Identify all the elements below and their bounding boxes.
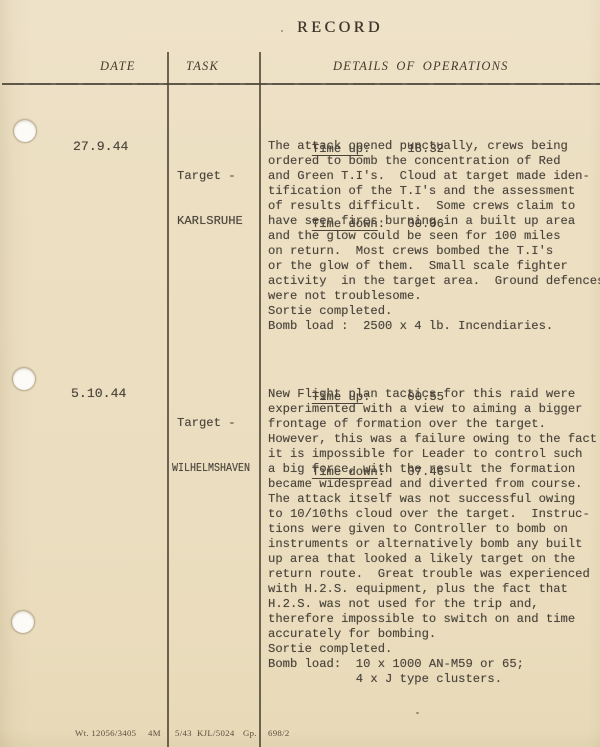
column-header-date: DATE <box>100 59 136 74</box>
footer-printer-code: KJL/5024 <box>197 728 235 738</box>
text-line: ordered to bomb the concentration of Red <box>268 154 600 169</box>
text-line: Sortie completed. <box>268 304 600 319</box>
text-line: activity in the target area. Ground defe… <box>268 274 600 289</box>
text-line: tions were given to Controller to bomb o… <box>268 522 597 537</box>
footer-form-number: 698/2 <box>268 728 290 738</box>
text-line: Sortie completed. <box>268 642 597 657</box>
text-line: of results difficult. Some crews claim t… <box>268 199 600 214</box>
text-line: and the glow could be seen for 100 miles <box>268 229 600 244</box>
hole-punch-top <box>14 120 36 142</box>
text-line: However, this was a failure owing to the… <box>268 432 597 447</box>
text-line: on return. Most crews bombed the T.I's <box>268 244 600 259</box>
text-line: experimented with a view to aiming a big… <box>268 402 597 417</box>
text-line: instruments or alternatively bomb any bu… <box>268 537 597 552</box>
entry-task: Target - KARLSRUHE <box>177 139 243 259</box>
text-line: a big force, with the result the formati… <box>268 462 597 477</box>
text-line: Bomb load: 10 x 1000 AN-M59 or 65; <box>268 657 597 672</box>
text-line: H.2.S. was not used for the trip and, <box>268 597 597 612</box>
header-rule <box>2 83 600 85</box>
text-line: 4 x J type clusters. <box>268 672 597 687</box>
task-target-name: KARLSRUHE <box>177 214 243 229</box>
text-line: tification of the T.I's and the assessme… <box>268 184 600 199</box>
entry-date: 5.10.44 <box>71 386 126 401</box>
task-label: Target - <box>172 416 267 431</box>
text-line: New Flight plan tactics for this raid we… <box>268 387 597 402</box>
entry-date: 27.9.44 <box>73 139 128 154</box>
column-header-task: TASK <box>186 59 219 74</box>
entry-details: New Flight plan tactics for this raid we… <box>268 387 597 687</box>
text-line: to 10/10ths cloud over the target. Instr… <box>268 507 597 522</box>
hole-punch-bottom <box>12 611 34 633</box>
record-page: RECORD DATE TASK DETAILS OF OPERATIONS T… <box>0 0 600 747</box>
entry-task: Target - WILHELMSHAVEN <box>172 386 267 506</box>
text-line: The attack opened punctually, crews bein… <box>268 139 600 154</box>
column-header-details: DETAILS OF OPERATIONS <box>333 59 509 74</box>
text-line: frontage of formation over the target. <box>268 417 597 432</box>
entry-details: The attack opened punctually, crews bein… <box>268 139 600 334</box>
footer-date-code: 5/43 <box>175 728 192 738</box>
text-line: therefore impossible to switch on and ti… <box>268 612 597 627</box>
text-line: have seen fires burning in a built up ar… <box>268 214 600 229</box>
text-line: Bomb load : 2500 x 4 lb. Incendiaries. <box>268 319 600 334</box>
text-line: it is impossible for Leader to control s… <box>268 447 597 462</box>
column-divider-date-task <box>167 52 169 747</box>
paper-speck <box>416 712 419 714</box>
text-line: accurately for bombing. <box>268 627 597 642</box>
footer-group-label: Gp. <box>243 728 257 738</box>
footer-quantity: 4M <box>148 728 161 738</box>
task-label: Target - <box>177 169 243 184</box>
text-line: up area that looked a likely target on t… <box>268 552 597 567</box>
text-line: with H.2.S. equipment, plus the fact tha… <box>268 582 597 597</box>
footer-wt-number: Wt. 12056/3405 <box>75 728 136 738</box>
text-line: The attack itself was not successful owi… <box>268 492 597 507</box>
page-title: RECORD <box>297 19 383 37</box>
text-line: became widespread and diverted from cour… <box>268 477 597 492</box>
hole-punch-middle <box>13 368 35 390</box>
task-target-name: WILHELMSHAVEN <box>172 461 250 476</box>
text-line: or the glow of them. Small scale fighter <box>268 259 600 274</box>
text-line: were not troublesome. <box>268 289 600 304</box>
paper-speck <box>281 30 283 32</box>
text-line: return route. Great trouble was experien… <box>268 567 597 582</box>
text-line: and Green T.I's. Cloud at target made id… <box>268 169 600 184</box>
